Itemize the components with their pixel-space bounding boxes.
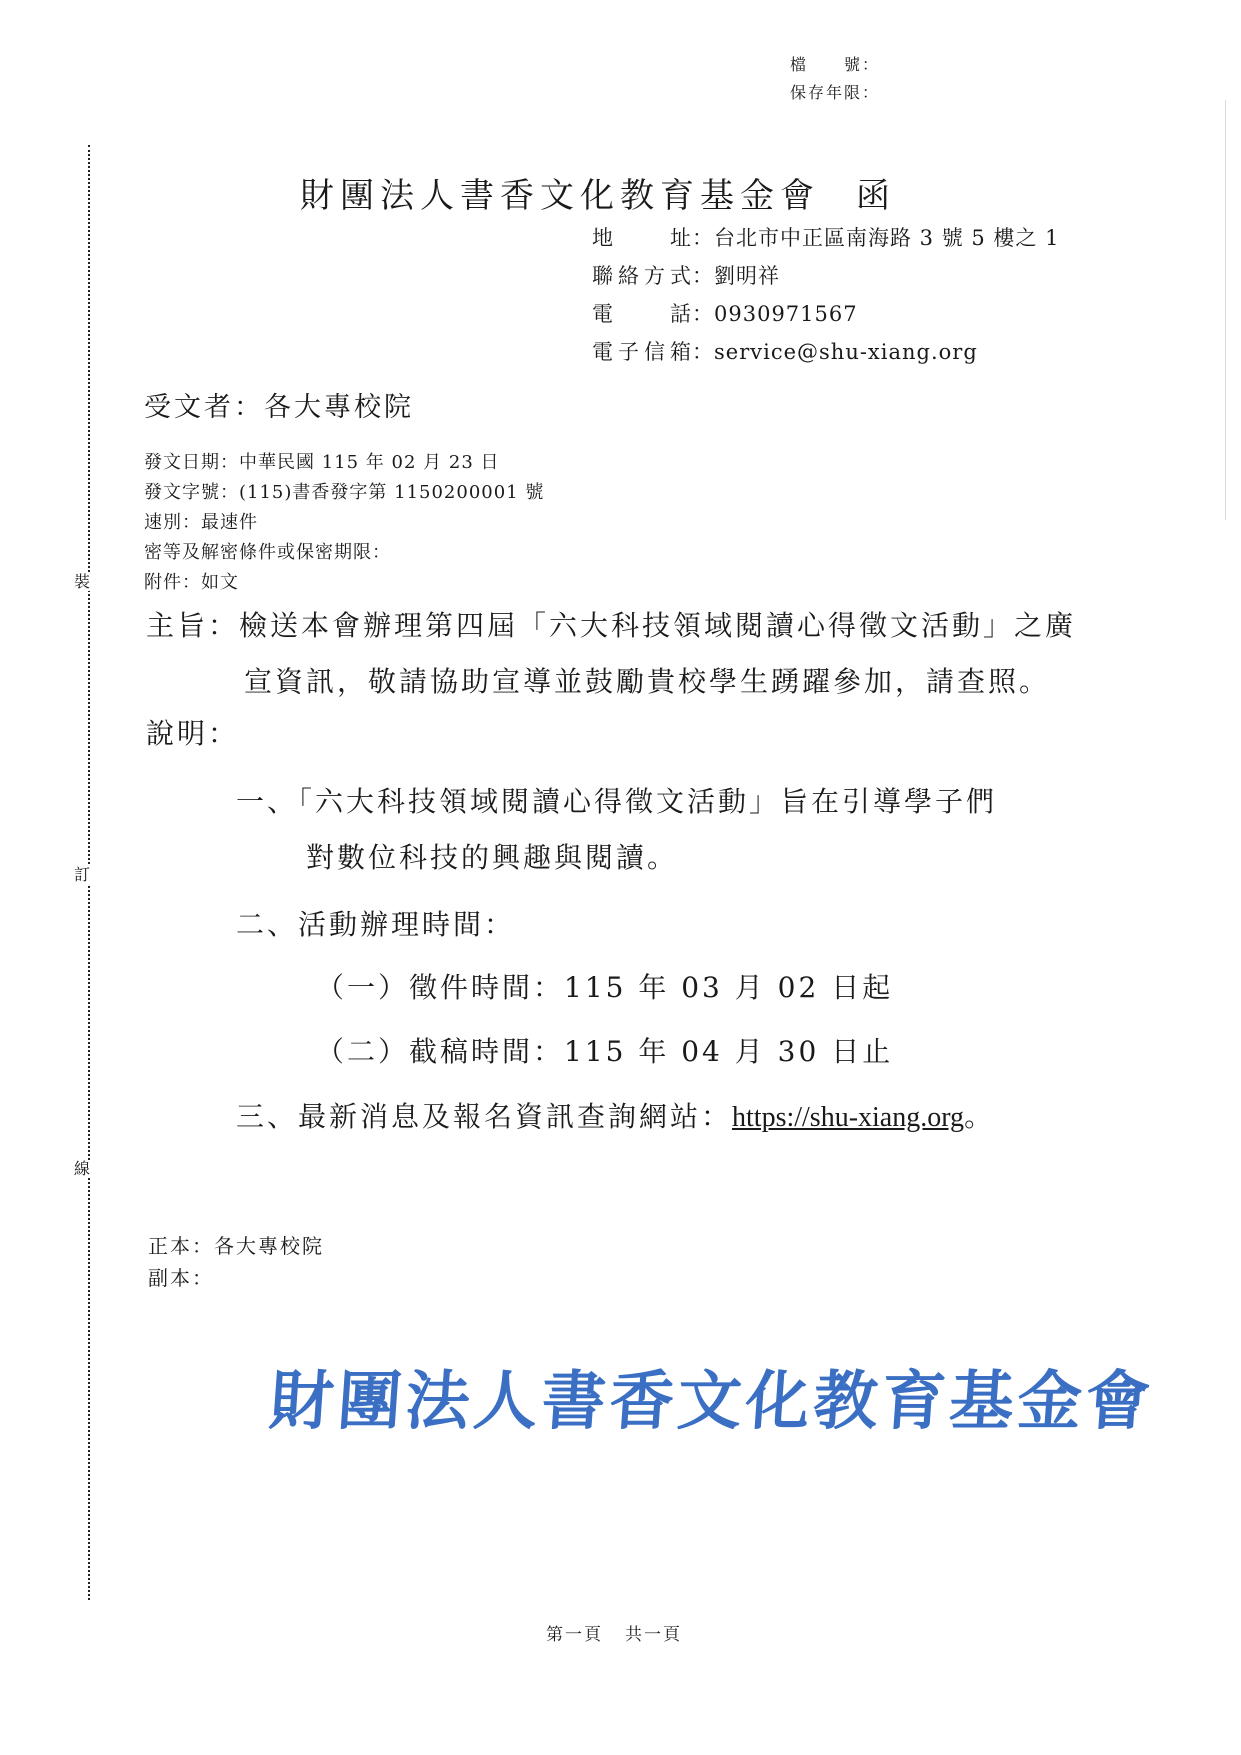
binding-label-xian: 線 <box>74 1160 90 1178</box>
page-number: 第一頁 <box>546 1625 603 1645</box>
phone-label: 電 話 <box>592 298 692 328</box>
total-pages: 共一頁 <box>625 1625 682 1645</box>
organization-name: 財團法人書香文化教育基金會 <box>300 176 820 216</box>
document-type: 函 <box>856 176 896 216</box>
organization-seal-stamp: 財團法人書香文化教育基金會 <box>267 1350 1157 1442</box>
issue-date: 發文日期：中華民國 115 年 02 月 23 日 <box>144 448 500 474</box>
email-label: 電子信箱 <box>592 336 692 366</box>
retention-period-label: 保存年限： <box>790 80 880 103</box>
contact-person-value: 劉明祥 <box>714 264 780 288</box>
original-recipient: 正本：各大專校院 <box>148 1230 324 1259</box>
phone-value: 0930971567 <box>714 302 858 326</box>
issue-number: 發文字號：(115)書香發字第 1150200001 號 <box>144 478 544 504</box>
explanation-item-1-line-2: 對數位科技的興趣與閱讀。 <box>306 836 678 876</box>
explanation-item-2: 二、活動辦理時間： <box>236 903 515 943</box>
submission-deadline: （二）截稿時間：115 年 04 月 30 日止 <box>316 1030 893 1070</box>
contact-phone: 電 話：0930971567 <box>592 298 858 328</box>
page-footer: 第一頁共一頁 <box>546 1620 682 1645</box>
recipient: 受文者：各大專校院 <box>144 385 414 424</box>
subject-line-1: 主旨：檢送本會辦理第四屆「六大科技領域閱讀心得徵文活動」之廣 <box>146 604 1076 644</box>
address-label: 地 址 <box>592 222 692 252</box>
delivery-speed: 速別：最速件 <box>144 508 258 534</box>
contact-person-label: 聯絡方式 <box>592 260 692 290</box>
website-link[interactable]: https://shu-xiang.org <box>732 1102 964 1133</box>
explanation-item-3: 三、最新消息及報名資訊查詢網站：https://shu-xiang.org。 <box>236 1095 995 1135</box>
address-value: 台北市中正區南海路 3 號 5 樓之 1 <box>714 226 1059 250</box>
copy-recipient: 副本： <box>148 1262 214 1291</box>
document-title: 財團法人書香文化教育基金會函 <box>300 168 896 217</box>
explanation-item-1-line-1: 一、「六大科技領域閱讀心得徵文活動」旨在引導學子們 <box>236 780 997 820</box>
subject-line-2: 宣資訊，敬請協助宣導並鼓勵貴校學生踴躍參加，請查照。 <box>244 660 1050 700</box>
contact-email: 電子信箱：service@shu-xiang.org <box>592 336 978 366</box>
binding-label-zhuang: 裝 <box>74 573 90 591</box>
security-level: 密等及解密條件或保密期限： <box>144 538 391 564</box>
contact-person: 聯絡方式：劉明祥 <box>592 260 780 290</box>
contact-address: 地 址：台北市中正區南海路 3 號 5 樓之 1 <box>592 222 1059 252</box>
file-number-label: 檔 號： <box>790 52 880 75</box>
website-label: 三、最新消息及報名資訊查詢網站： <box>236 1100 732 1133</box>
binding-label-ding: 訂 <box>74 866 90 884</box>
email-value: service@shu-xiang.org <box>714 340 978 364</box>
submission-start: （一）徵件時間：115 年 03 月 02 日起 <box>316 966 893 1006</box>
attachment: 附件：如文 <box>144 568 239 594</box>
explanation-heading: 說明： <box>146 712 239 752</box>
scan-edge-line <box>1225 100 1226 520</box>
period: 。 <box>964 1100 995 1133</box>
